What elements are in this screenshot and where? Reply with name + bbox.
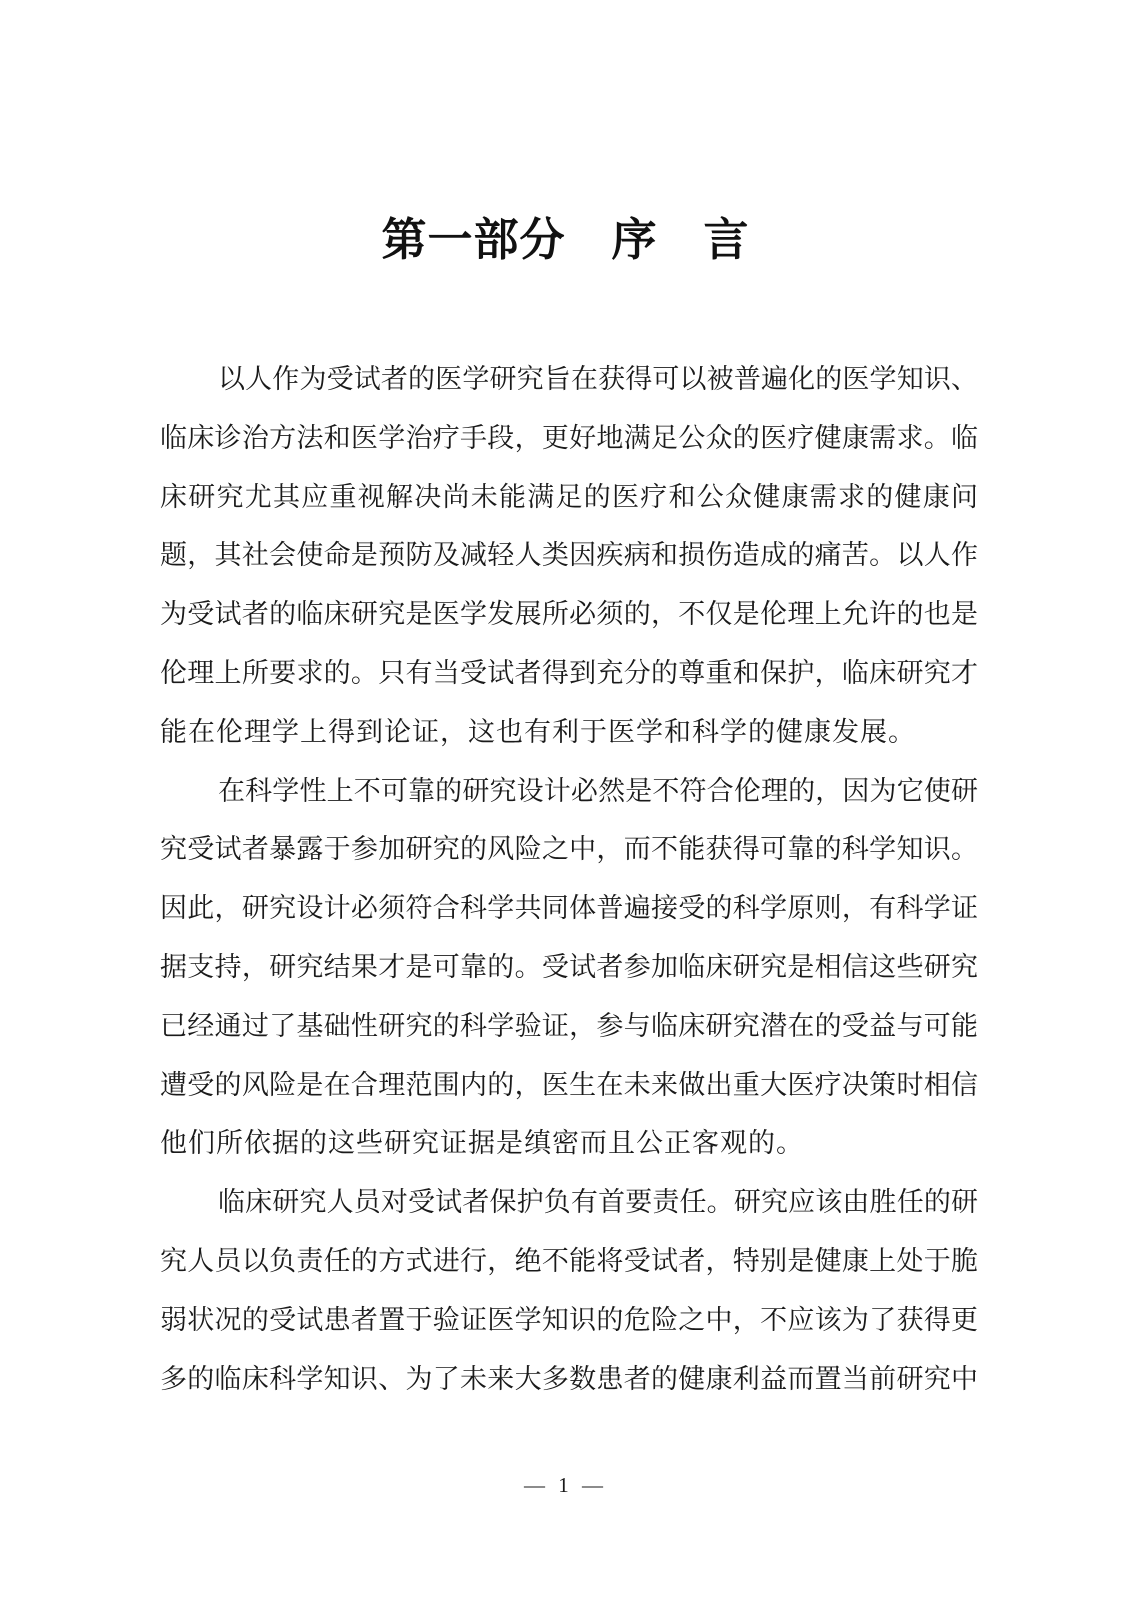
paragraph: 在科学性上不可靠的研究设计必然是不符合伦理的，因为它使研 究受试者暴露于参加研究… — [160, 762, 978, 1174]
document-body: 以人作为受试者的医学研究旨在获得可以被普遍化的医学知识、 临床诊治方法和医学治疗… — [160, 350, 978, 1408]
text-line: 多的临床科学知识、为了未来大多数患者的健康利益而置当前研究中 — [160, 1350, 978, 1409]
text-line: 以人作为受试者的医学研究旨在获得可以被普遍化的医学知识、 — [160, 350, 978, 409]
text-line: 在科学性上不可靠的研究设计必然是不符合伦理的，因为它使研 — [160, 762, 978, 821]
text-line: 能在伦理学上得到论证，这也有利于医学和科学的健康发展。 — [160, 703, 978, 762]
text-line: 弱状况的受试患者置于验证医学知识的危险之中，不应该为了获得更 — [160, 1291, 978, 1350]
text-line: 因此，研究设计必须符合科学共同体普遍接受的科学原则，有科学证 — [160, 879, 978, 938]
text-line: 为受试者的临床研究是医学发展所必须的，不仅是伦理上允许的也是 — [160, 585, 978, 644]
text-line: 究受试者暴露于参加研究的风险之中，而不能获得可靠的科学知识。 — [160, 820, 978, 879]
text-line: 他们所依据的这些研究证据是缜密而且公正客观的。 — [160, 1114, 978, 1173]
text-line: 已经通过了基础性研究的科学验证，参与临床研究潜在的受益与可能 — [160, 997, 978, 1056]
paragraph: 临床研究人员对受试者保护负有首要责任。研究应该由胜任的研 究人员以负责任的方式进… — [160, 1173, 978, 1408]
paragraph: 以人作为受试者的医学研究旨在获得可以被普遍化的医学知识、 临床诊治方法和医学治疗… — [160, 350, 978, 762]
text-line: 临床诊治方法和医学治疗手段，更好地满足公众的医疗健康需求。临 — [160, 409, 978, 468]
text-line: 临床研究人员对受试者保护负有首要责任。研究应该由胜任的研 — [160, 1173, 978, 1232]
text-line: 究人员以负责任的方式进行，绝不能将受试者，特别是健康上处于脆 — [160, 1232, 978, 1291]
page-title: 第一部分 序 言 — [0, 212, 1131, 268]
document-page: 第一部分 序 言 以人作为受试者的医学研究旨在获得可以被普遍化的医学知识、 临床… — [0, 0, 1131, 1600]
text-line: 据支持，研究结果才是可靠的。受试者参加临床研究是相信这些研究 — [160, 938, 978, 997]
text-line: 伦理上所要求的。只有当受试者得到充分的尊重和保护，临床研究才 — [160, 644, 978, 703]
text-line: 床研究尤其应重视解决尚未能满足的医疗和公众健康需求的健康问 — [160, 468, 978, 527]
text-line: 题，其社会使命是预防及减轻人类因疾病和损伤造成的痛苦。以人作 — [160, 526, 978, 585]
text-line: 遭受的风险是在合理范围内的，医生在未来做出重大医疗决策时相信 — [160, 1056, 978, 1115]
page-number: — 1 — — [0, 1470, 1131, 1500]
